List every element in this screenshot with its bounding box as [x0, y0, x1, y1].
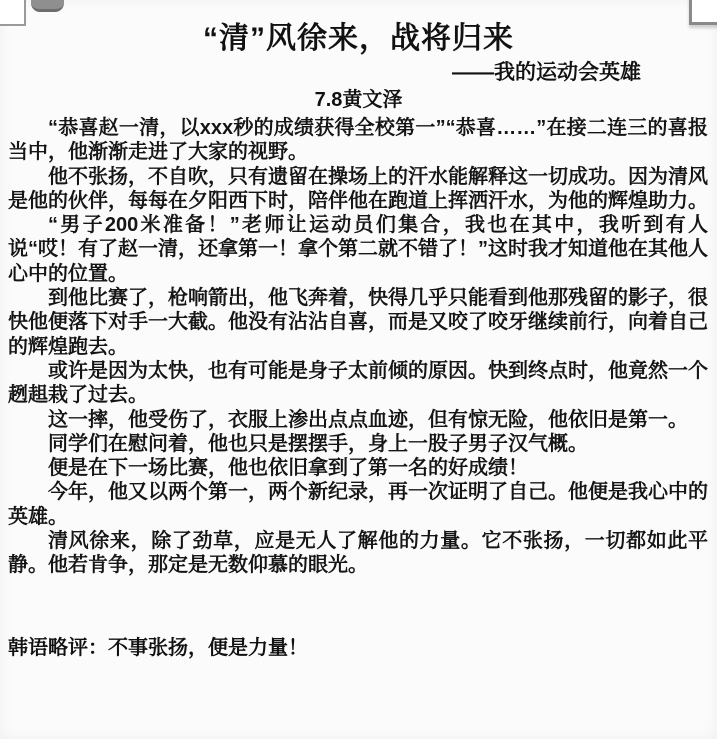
essay-paragraph-8: 便是在下一场比赛，他也依旧拿到了第一名的好成绩！: [8, 456, 708, 480]
teacher-comment: 韩语略评：不事张扬，便是力量！: [8, 636, 308, 660]
essay-paragraph-6: 这一摔，他受伤了，衣服上渗出点点血迹，但有惊无险，他依旧是第一。: [8, 408, 708, 432]
essay-author: 7.8黄文泽: [0, 88, 717, 112]
essay-paragraph-2: 他不张扬，不自吹，只有遗留在操场上的汗水能解释这一切成功。因为清风是他的伙伴，每…: [8, 165, 708, 214]
essay-subtitle: ——我的运动会英雄: [0, 60, 717, 86]
essay-paragraph-10: 清风徐来，除了劲草，应是无人了解他的力量。它不张扬，一切都如此平静。他若肯争，那…: [8, 529, 708, 578]
essay-paragraph-5: 或许是因为太快，也有可能是身子太前倾的原因。快到终点时，他竟然一个趔趄栽了过去。: [8, 359, 708, 408]
essay-paragraph-4: 到他比赛了，枪响箭出，他飞奔着，快得几乎只能看到他那残留的影子，很快他便落下对手…: [8, 286, 708, 359]
essay-paragraph-9: 今年，他又以两个第一，两个新纪录，再一次证明了自己。他便是我心中的英雄。: [8, 480, 708, 529]
scan-tab-artifact-icon: [31, 0, 64, 12]
essay-paragraph-1: “恭喜赵一清，以xxx秒的成绩获得全校第一”“恭喜……”在接二连三的喜报当中，他…: [8, 116, 708, 165]
scan-corner-box-left-icon: [0, 0, 26, 26]
essay-paragraph-3: “男子200米准备！”老师让运动员们集合，我也在其中，我听到有人说“哎！有了赵一…: [8, 213, 708, 286]
scan-corner-box-right-icon: [689, 0, 717, 25]
essay-body: “恭喜赵一清，以xxx秒的成绩获得全校第一”“恭喜……”在接二连三的喜报当中，他…: [0, 112, 717, 578]
document-page: “清”风徐来，战将归来 ——我的运动会英雄 7.8黄文泽 “恭喜赵一清，以xxx…: [0, 0, 717, 739]
essay-paragraph-7: 同学们在慰问着，他也只是摆摆手，身上一股子男子汉气概。: [8, 432, 708, 456]
essay-title: “清”风徐来，战将归来: [0, 0, 717, 56]
